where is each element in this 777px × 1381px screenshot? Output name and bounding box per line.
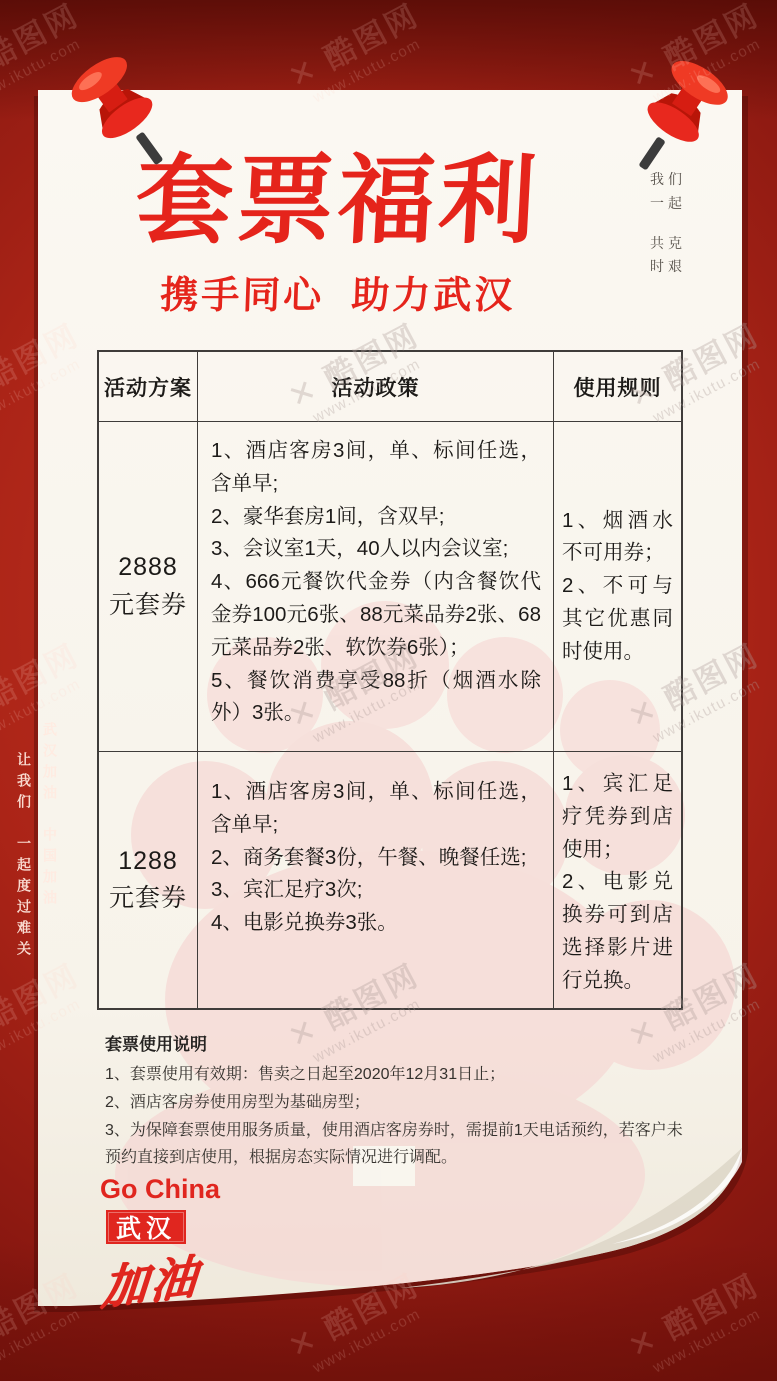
site-watermark: ✕ 酷图网www.ikutu.com	[0, 310, 94, 432]
site-watermark: ✕ 酷图网www.ikutu.com	[279, 310, 434, 432]
site-watermark: ✕ 酷图网www.ikutu.com	[279, 950, 434, 1072]
watermark-layer: ✕ 酷图网www.ikutu.com✕ 酷图网www.ikutu.com✕ 酷图…	[0, 0, 777, 1381]
site-watermark: ✕ 酷图网www.ikutu.com	[0, 950, 94, 1072]
site-watermark: ✕ 酷图网www.ikutu.com	[0, 0, 94, 112]
site-watermark: ✕ 酷图网www.ikutu.com	[619, 310, 774, 432]
site-watermark: ✕ 酷图网www.ikutu.com	[279, 630, 434, 752]
site-watermark: ✕ 酷图网www.ikutu.com	[0, 630, 94, 752]
site-watermark: ✕ 酷图网www.ikutu.com	[279, 1260, 434, 1381]
site-watermark: ✕ 酷图网www.ikutu.com	[619, 630, 774, 752]
site-watermark: ✕ 酷图网www.ikutu.com	[619, 950, 774, 1072]
site-watermark: ✕ 酷图网www.ikutu.com	[0, 1260, 94, 1381]
site-watermark: ✕ 酷图网www.ikutu.com	[279, 0, 434, 112]
site-watermark: ✕ 酷图网www.ikutu.com	[619, 1260, 774, 1381]
site-watermark: ✕ 酷图网www.ikutu.com	[619, 0, 774, 112]
